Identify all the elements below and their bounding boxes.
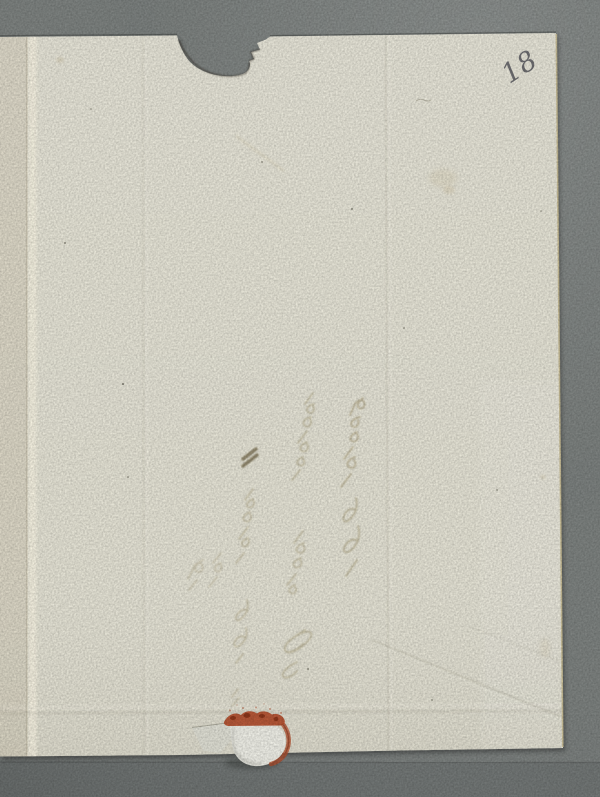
scan-grain-overlay — [0, 0, 600, 797]
letter-scan: 18 — [0, 0, 600, 797]
